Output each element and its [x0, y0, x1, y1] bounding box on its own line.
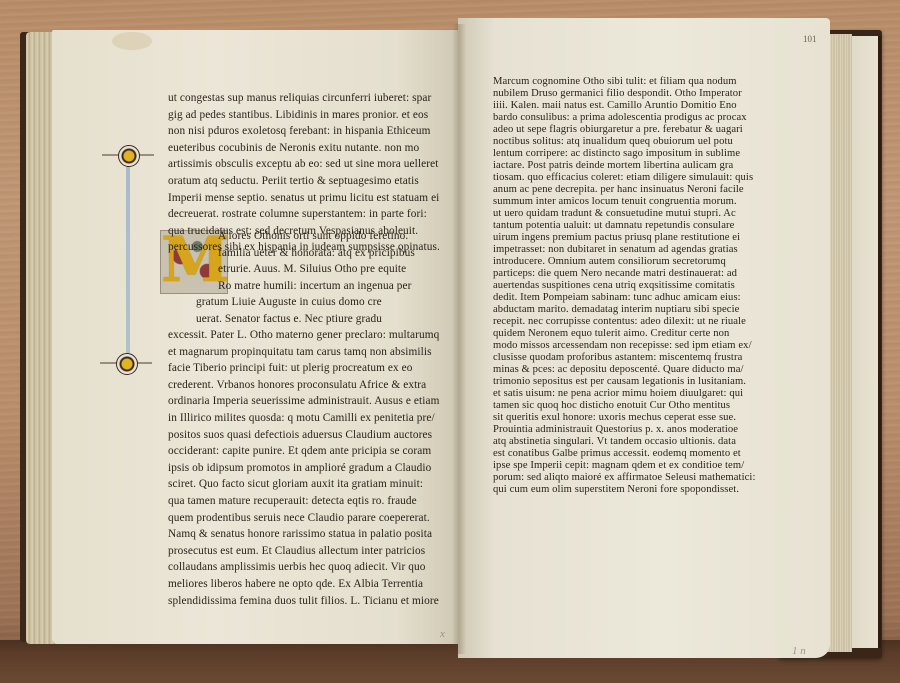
text-line: qui cum eum olim superstitem Neroni fore… [493, 484, 783, 496]
text-line: ipse spe Imperii cepit: magnam qdem et e… [493, 460, 783, 472]
text-line: eueteribus cocubinis de Neronis exitu nu… [168, 140, 458, 157]
text-line: positos suos quasi defectiois aduersus C… [168, 427, 458, 444]
text-line: et satis uisum: ne pena acrior mimu hoie… [493, 388, 783, 400]
text-line: adeo ut sepe flagris obiurgaretur a pre.… [493, 124, 783, 136]
text-line: familia ueter & honorata: atq ex pricipi… [218, 245, 458, 262]
text-line: Marcum cognomine Otho sibi tulit: et fil… [493, 76, 783, 88]
text-line: modo missos arcessendam non recepisse: s… [493, 340, 783, 352]
text-line: tantum potentia ualuit: ut damnatu repet… [493, 220, 783, 232]
text-line: introducere. Omnium autem consiliorum se… [493, 256, 783, 268]
text-line: anum ac pene decrepita. per hanc insinua… [493, 184, 783, 196]
text-line: tiosam. quo efficacius coleret: etiam di… [493, 172, 783, 184]
text-line: quidem Neronem equo tulerit aimo. Credit… [493, 328, 783, 340]
text-line: Prouintia administrauit Questorius p. x.… [493, 424, 783, 436]
text-line: auertendas suspitiones cena utriq exqsit… [493, 280, 783, 292]
text-line: ut congestas sup manus reliquias circunf… [168, 90, 458, 107]
text-line: tamen sic quoq hoc disticho enotuit Cur … [493, 400, 783, 412]
text-line: collaudans amplissimis uerbis hec quoq a… [168, 559, 458, 576]
text-line: uirum ingens premium pactus priusq plane… [493, 232, 783, 244]
text-line: splendidissima femina duos tulit filios.… [168, 593, 458, 610]
text-line: noctibus solitus: atq inualidum queq obu… [493, 136, 783, 148]
text-line: clusisse quodam proforibus astantem: mis… [493, 352, 783, 364]
text-line: lentum corripere: ac distincto sago impo… [493, 148, 783, 160]
text-line: facie Tiberio principi fuit: ut plerig p… [168, 360, 458, 377]
pencil-mark-gutter: x [440, 628, 445, 640]
text-line: dedit. Item Pompeiam sabinam: tunc adhuc… [493, 292, 783, 304]
text-line: sciret. Quo facto sicut gloriam auxit it… [168, 476, 458, 493]
left-page-text-body: excessit. Pater L. Otho materno gener pr… [168, 327, 458, 609]
text-line: excessit. Pater L. Otho materno gener pr… [168, 327, 458, 344]
text-line: oratum atq seductu. Periit tertio & sept… [168, 173, 458, 190]
text-line: gratum Liuie Auguste in cuius domo cre [196, 294, 458, 311]
text-line: minas & pces: ac depositu deposcenté. Qu… [493, 364, 783, 376]
folio-number: 101 [803, 34, 817, 44]
text-line: artissimis obsculis exceptu ab eo: sed u… [168, 156, 458, 173]
pencil-mark-corner: 1 n [792, 645, 806, 657]
text-line: non nisi pduros exoletosq ferebant: in h… [168, 123, 458, 140]
text-line: ut uero quidam tradunt & consuetudine mu… [493, 208, 783, 220]
text-line: crederent. Vrbanos honores proconsulatu … [168, 377, 458, 394]
gold-flower-ornament-icon [116, 353, 138, 375]
text-line: recepit. nec corrupisse contentus: adeo … [493, 316, 783, 328]
marginal-vine-decoration [126, 160, 130, 360]
text-line: meliores liberos habere ne opto qde. Ex … [168, 576, 458, 593]
right-page-text: Marcum cognomine Otho sibi tulit: et fil… [493, 76, 783, 496]
text-line: est conatibus Galbe primus accessit. eod… [493, 448, 783, 460]
text-line: etrurie. Auus. M. Siluius Otho pre equit… [218, 261, 458, 278]
text-line: trimonio sepositus est per causam legati… [493, 376, 783, 388]
text-line: occiderant: capite punire. Et qdem ante … [168, 443, 458, 460]
text-line: summum inter amicos locum tenuit congrue… [493, 196, 783, 208]
left-page-text-beside-initial-lower: gratum Liuie Auguste in cuius domo cre u… [196, 294, 458, 327]
text-line: porum: sed aliqto maioré ex affirmatoe S… [493, 472, 783, 484]
gold-flower-ornament-icon [118, 145, 140, 167]
left-page-text-beside-initial: A iores Othonis orti sunt oppido feretin… [218, 228, 458, 294]
text-line: nubilem Druso germanici filio despondit.… [493, 88, 783, 100]
text-line: ipsis ob idipsum promotos in amplioré gr… [168, 460, 458, 477]
text-line: quem prodentibus seruis nece Claudio par… [168, 510, 458, 527]
text-line: in Illirico milites quosda: q motu Camil… [168, 410, 458, 427]
text-line: impetrasset: non dubitaret in senatum ad… [493, 244, 783, 256]
text-line: iiii. Kalen. maii natus est. Camillo Aru… [493, 100, 783, 112]
text-line: iactare. Post patris deinde mortem liber… [493, 160, 783, 172]
text-line: ordinaria Imperia seuerissime administra… [168, 393, 458, 410]
text-line: Namq & senatus honore rarissimo statua i… [168, 526, 458, 543]
text-line: particeps: die quem Nero necande matri d… [493, 268, 783, 280]
text-line: sit queritis exul honore: uxoris mechus … [493, 412, 783, 424]
text-line: atq abstinetia singulari. Vt tandem occa… [493, 436, 783, 448]
text-line: Ro matre humili: incertum an ingenua per [218, 278, 458, 295]
text-line: qua tamen mature recuperauit: detecta eq… [168, 493, 458, 510]
text-line: prosecutus est eum. Et Claudius allectum… [168, 543, 458, 560]
text-line: bardo consulibus: a prima adolescentia p… [493, 112, 783, 124]
text-line: et magnarum propinquitatu tam carus tamq… [168, 344, 458, 361]
text-line: Imperii mense septio. senatus ut primu l… [168, 190, 458, 207]
text-line: A iores Othonis orti sunt oppido feretin… [218, 228, 458, 245]
text-line: gig ad pedes stantibus. Libidinis in mar… [168, 107, 458, 124]
text-line: decreuerat. rostrate columne superstante… [168, 206, 458, 223]
text-line: abductam marito. demadatag interim nupti… [493, 304, 783, 316]
text-line: uerat. Senator factus e. Nec ptiure grad… [196, 311, 458, 328]
